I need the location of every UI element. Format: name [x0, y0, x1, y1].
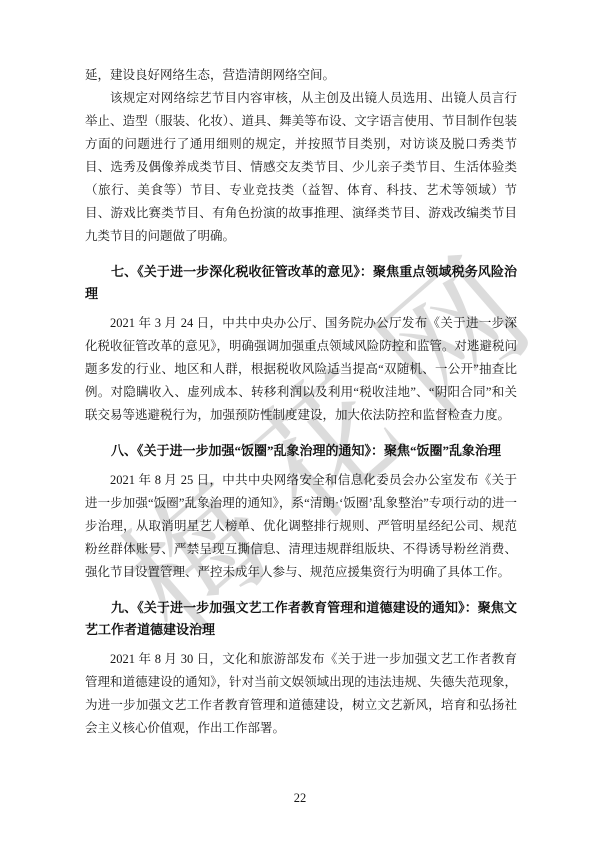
section-7-body: 2021 年 3 月 24 日，中共中央办公厅、国务院办公厅发布《关于进一步深化…	[85, 312, 517, 427]
section-7-heading: 七、《关于进一步深化税收征管改革的意见》：聚焦重点领域税务风险治理	[85, 261, 517, 305]
page-content: 延，建设良好网络生态，营造清朗网络空间。 该规定对网络综艺节目内容审核，从主创及…	[85, 64, 517, 740]
page-number: 22	[0, 791, 600, 806]
section-8-heading: 八、《关于进一步加强“饭圈”乱象治理的通知》：聚焦“饭圈”乱象治理	[85, 440, 517, 462]
paragraph-overview: 该规定对网络综艺节目内容审核，从主创及出镜人员选用、出镜人员言行举止、造型（服装…	[85, 87, 517, 248]
document-page: 梅花网 延，建设良好网络生态，营造清朗网络空间。 该规定对网络综艺节目内容审核，…	[0, 0, 600, 849]
section-9-body: 2021 年 8 月 30 日，文化和旅游部发布《关于进一步加强文艺工作者教育管…	[85, 648, 517, 740]
paragraph-continuation: 延，建设良好网络生态，营造清朗网络空间。	[85, 64, 517, 87]
section-9-heading: 九、《关于进一步加强文艺工作者教育管理和道德建设的通知》：聚焦文艺工作者道德建设…	[85, 597, 517, 641]
section-8-body: 2021 年 8 月 25 日，中共中央网络安全和信息化委员会办公室发布《关于进…	[85, 469, 517, 584]
